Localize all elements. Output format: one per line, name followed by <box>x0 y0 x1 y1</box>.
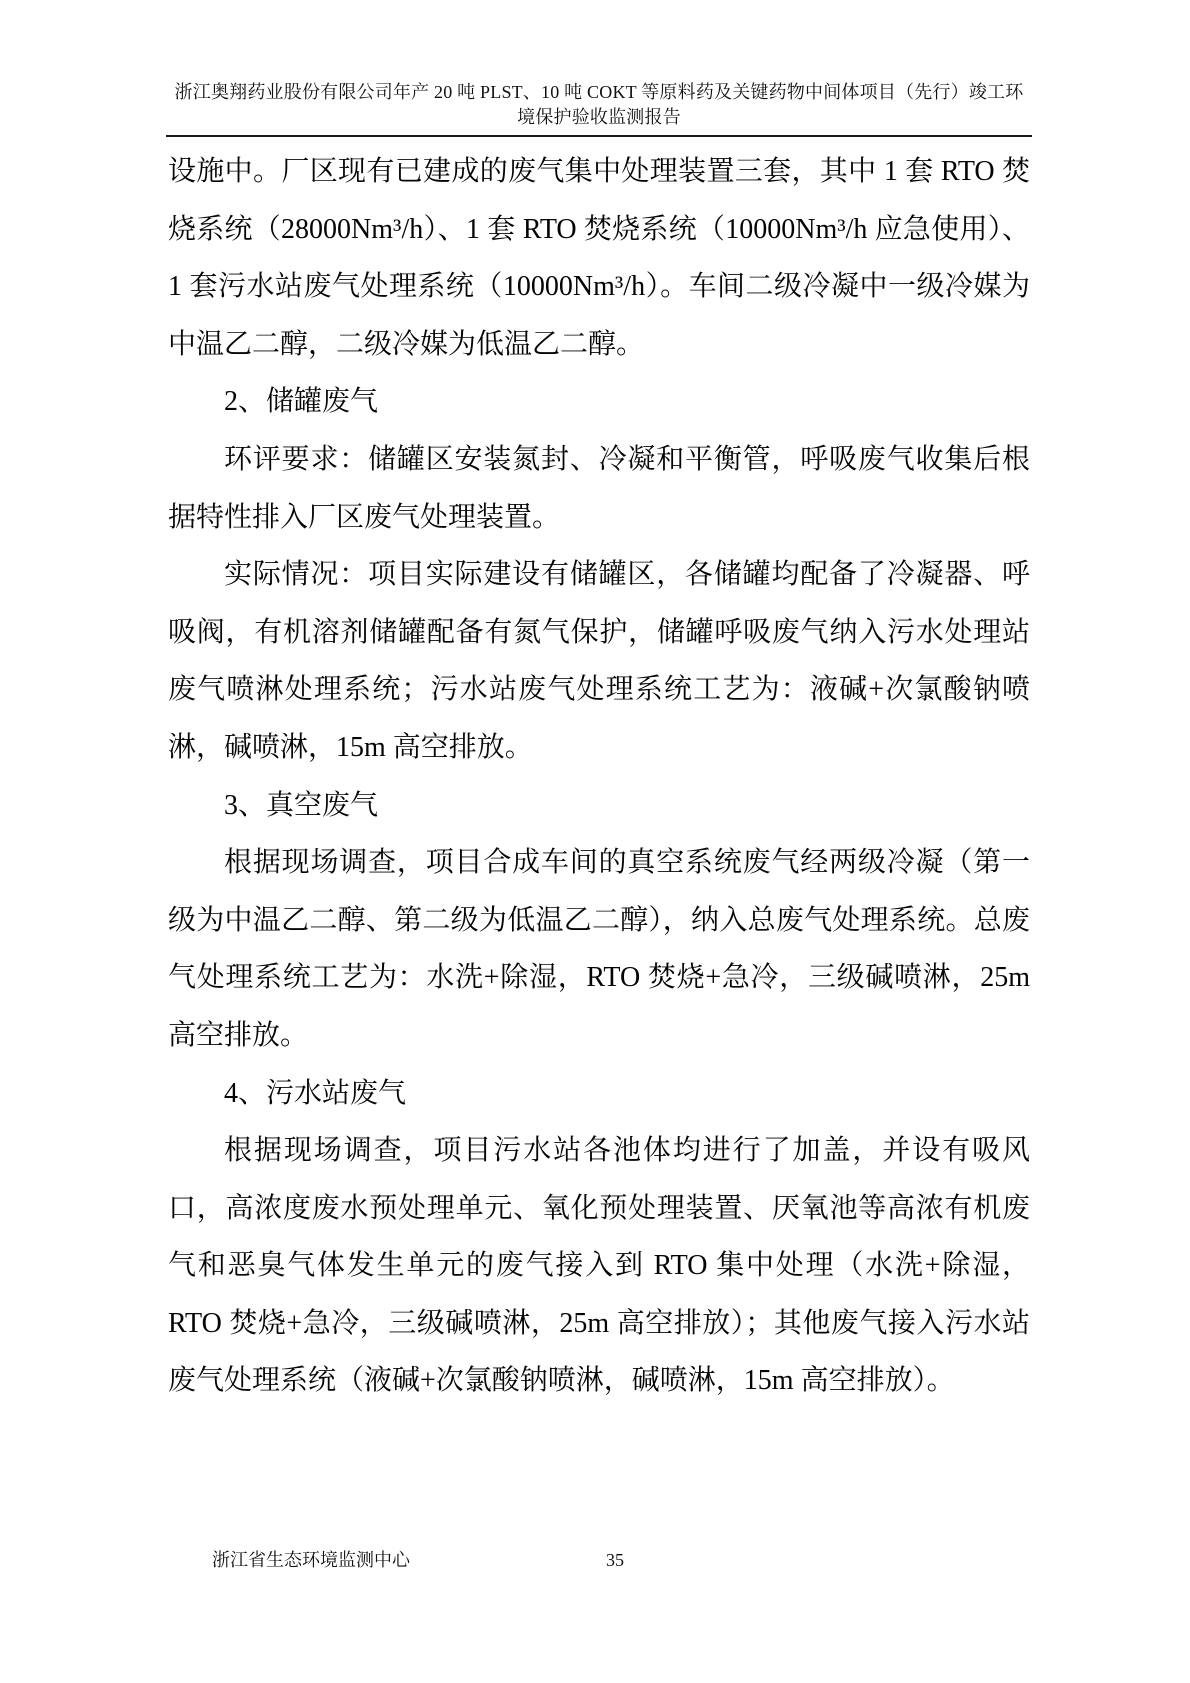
running-header-title: 浙江奥翔药业股份有限公司年产 20 吨 PLST、10 吨 COKT 等原料药及… <box>166 80 1032 130</box>
body-paragraph-eia-requirement: 环评要求：储罐区安装氮封、冷凝和平衡管，呼吸废气收集后根据特性排入厂区废气处理装… <box>168 431 1030 546</box>
section-heading-tank-exhaust: 2、储罐废气 <box>168 373 1030 431</box>
body-paragraph-actual-situation: 实际情况：项目实际建设有储罐区，各储罐均配备了冷凝器、呼吸阀，有机溶剂储罐配备有… <box>168 546 1030 776</box>
running-footer: 浙江省生态环境监测中心 35 <box>0 1547 1190 1577</box>
running-header: 浙江奥翔药业股份有限公司年产 20 吨 PLST、10 吨 COKT 等原料药及… <box>166 80 1032 137</box>
document-page: 浙江奥翔药业股份有限公司年产 20 吨 PLST、10 吨 COKT 等原料药及… <box>0 0 1190 1683</box>
body-paragraph-continuation: 设施中。厂区现有已建成的废气集中处理装置三套，其中 1 套 RTO 焚烧系统（2… <box>168 143 1030 373</box>
body-paragraph-vacuum-survey: 根据现场调查，项目合成车间的真空系统废气经两级冷凝（第一级为中温乙二醇、第二级为… <box>168 834 1030 1064</box>
footer-organization: 浙江省生态环境监测中心 <box>212 1547 410 1573</box>
document-body: 设施中。厂区现有已建成的废气集中处理装置三套，其中 1 套 RTO 焚烧系统（2… <box>168 143 1030 1410</box>
section-heading-sewage-station-exhaust: 4、污水站废气 <box>168 1065 1030 1123</box>
body-paragraph-sewage-survey: 根据现场调查，项目污水站各池体均进行了加盖，并设有吸风口，高浓度废水预处理单元、… <box>168 1122 1030 1410</box>
section-heading-vacuum-exhaust: 3、真空废气 <box>168 777 1030 835</box>
footer-page-number: 35 <box>606 1547 624 1573</box>
